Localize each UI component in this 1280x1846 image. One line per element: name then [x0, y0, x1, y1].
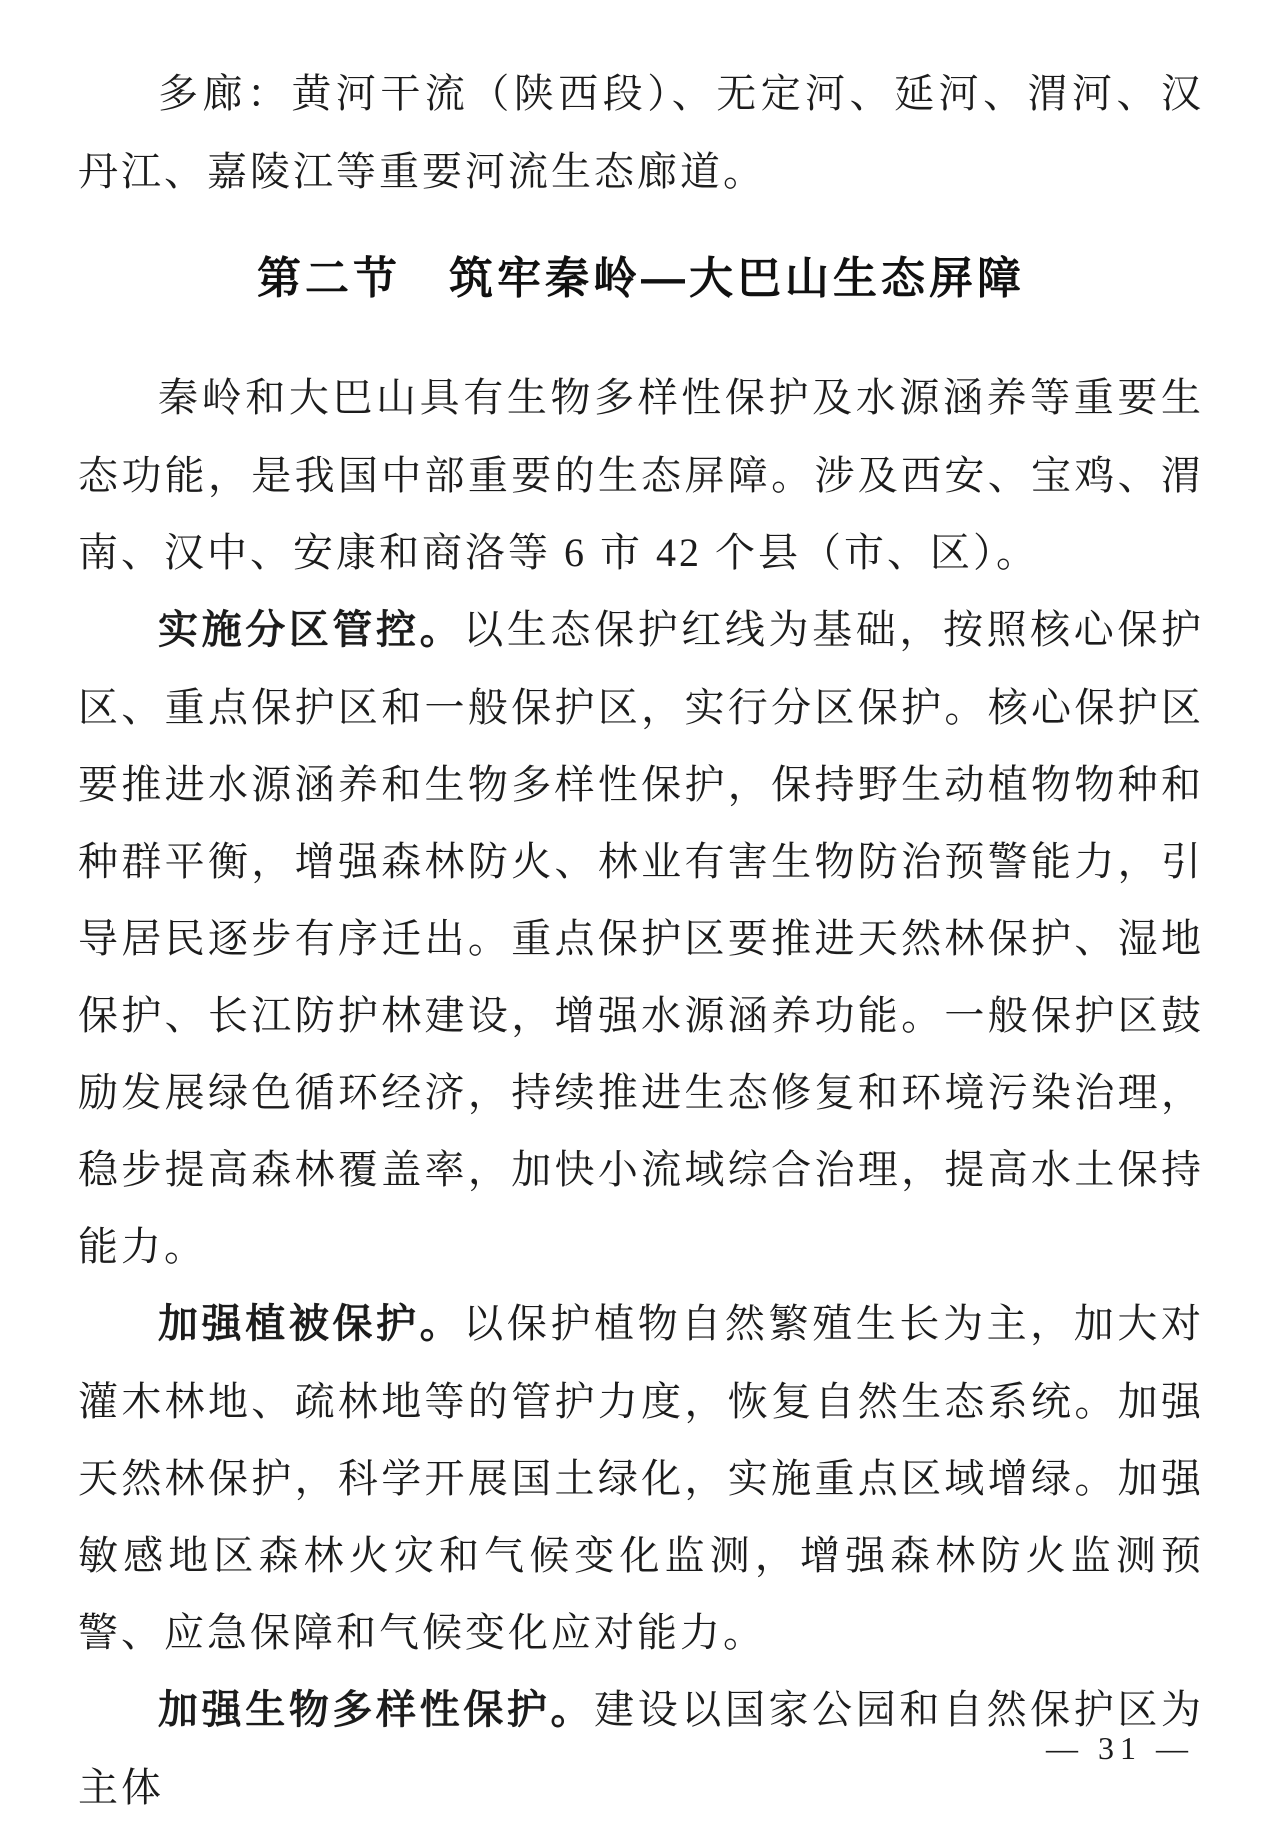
- paragraph-vegetation-protection-lead: 加强植被保护。: [158, 1302, 463, 1346]
- paragraph-vegetation-protection: 加强植被保护。以保护植物自然繁殖生长为主，加大对灌木林地、疏林地等的管护力度，恢…: [78, 1285, 1204, 1671]
- page-number: — 31 —: [1046, 1730, 1194, 1766]
- paragraph-river-corridors: 多廊：黄河干流（陕西段）、无定河、延河、渭河、汉丹江、嘉陵江等重要河流生态廊道。: [78, 55, 1204, 210]
- paragraph-overview: 秦岭和大巴山具有生物多样性保护及水源涵养等重要生态功能，是我国中部重要的生态屏障…: [78, 359, 1204, 591]
- paragraph-biodiversity-protection: 加强生物多样性保护。建设以国家公园和自然保护区为主体: [78, 1671, 1204, 1826]
- paragraph-biodiversity-protection-lead: 加强生物多样性保护。: [158, 1688, 594, 1732]
- paragraph-zoning-control-text: 以生态保护红线为基础，按照核心保护区、重点保护区和一般保护区，实行分区保护。核心…: [78, 607, 1204, 1269]
- paragraph-vegetation-protection-text: 以保护植物自然繁殖生长为主，加大对灌木林地、疏林地等的管护力度，恢复自然生态系统…: [78, 1301, 1204, 1655]
- document-page: 多廊：黄河干流（陕西段）、无定河、延河、渭河、汉丹江、嘉陵江等重要河流生态廊道。…: [0, 0, 1280, 1846]
- paragraph-zoning-control: 实施分区管控。以生态保护红线为基础，按照核心保护区、重点保护区和一般保护区，实行…: [78, 591, 1204, 1285]
- paragraph-overview-text: 秦岭和大巴山具有生物多样性保护及水源涵养等重要生态功能，是我国中部重要的生态屏障…: [78, 375, 1204, 575]
- paragraph-river-corridors-text: 多廊：黄河干流（陕西段）、无定河、延河、渭河、汉丹江、嘉陵江等重要河流生态廊道。: [78, 71, 1204, 194]
- paragraph-zoning-control-lead: 实施分区管控。: [158, 608, 463, 652]
- document-body: 多廊：黄河干流（陕西段）、无定河、延河、渭河、汉丹江、嘉陵江等重要河流生态廊道。…: [78, 55, 1204, 1826]
- section-heading: 第二节 筑牢秦岭—大巴山生态屏障: [78, 240, 1204, 317]
